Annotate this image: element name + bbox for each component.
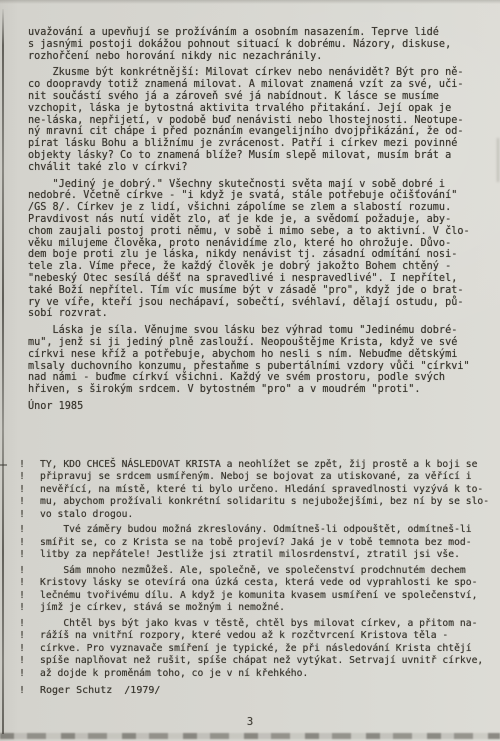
signature: Roger Schutz /1979/ (40, 685, 160, 698)
quote-text-line: až dojde k proměnám toho, co je v ní kře… (40, 668, 308, 681)
quote-text-line: lečnému tvořivému dílu. A když je komuni… (40, 590, 477, 603)
quote-text-line: spíše naplňovat než rušit, spíše chápat … (40, 655, 483, 668)
document-content: uvažování a upevňují se prožíváním a oso… (28, 27, 493, 698)
text-line: hřiven, s širokým srdcem. V bytostném "p… (28, 384, 493, 396)
scan-bottom-edge (0, 733, 500, 739)
text-line: vzchopit, láska je bytostná aktivita trv… (28, 103, 493, 115)
quote-paragraph: ! Sám mnoho nezmůžeš. Ale, společně, ve … (28, 565, 493, 615)
quote-marker: ! (19, 618, 40, 631)
quote-line-row: !spíše naplňovat než rušit, spíše chápat… (19, 655, 493, 668)
quote-line-row: !připravuj se srdcem usmířeným. Neboj se… (19, 471, 493, 484)
text-line: ný mravní cit chápe i před poznáním evan… (28, 126, 493, 138)
scanned-typewritten-page: uvažování a upevňují se prožíváním a oso… (0, 0, 500, 741)
text-line: co doopravdy totiž znamená milovat. A mi… (28, 79, 493, 91)
text-line: mlsaly duchovního konzumu, přestaňme s p… (28, 361, 493, 373)
quote-line-row: !až dojde k proměnám toho, co je v ní kř… (19, 668, 493, 681)
quote-block: !TY, KDO CHCEŠ NÁSLEDOVAT KRISTA a neohl… (28, 459, 493, 681)
quote-marker: ! (19, 524, 40, 537)
text-line: také Boží nepřítel. Tím víc musíme být v… (28, 285, 493, 297)
page-number: 3 (0, 716, 500, 728)
text-line: /GS 8/. Církev je z lidí, všichni zápolí… (28, 202, 493, 214)
quote-line-row: !mu, abychom prožívali konkrétní solidar… (19, 496, 493, 509)
paragraph: uvažování a upevňují se prožíváním a oso… (28, 27, 493, 62)
quote-marker: ! (19, 630, 40, 643)
quote-text-line: Sám mnoho nezmůžeš. Ale, společně, ve sp… (40, 565, 466, 578)
quote-marker: ! (19, 602, 40, 615)
text-line: církvi nese kříž a potřebuje, abychom ho… (28, 349, 493, 361)
quote-line-row: ! Chtěl bys být jako kvas v těstě, chtěl… (19, 618, 493, 631)
quote-marker: ! (19, 577, 40, 590)
quote-line-row: ! Sám mnoho nezmůžeš. Ale, společně, ve … (19, 565, 493, 578)
quote-text-line: Chtěl bys být jako kvas v těstě, chtěl b… (40, 618, 477, 631)
text-line: Zkusme být konkrétnější: Milovat církev … (28, 67, 493, 79)
text-line: "Jediný je dobrý." Všechny skutečnosti s… (28, 179, 493, 191)
quote-line-row: !jímž je církev, stává se možným i nemož… (19, 602, 493, 615)
quote-text-line: mu, abychom prožívali konkrétní solidari… (40, 496, 489, 509)
text-line: ry ve víře, kteří jsou nechápaví, sobečt… (28, 297, 493, 309)
text-line: věku milujeme člověka, proto nenávidíme … (28, 238, 493, 250)
quote-text-line: vo stalo drogou. (40, 509, 133, 522)
quote-marker: ! (19, 471, 40, 484)
quote-marker: ! (19, 459, 40, 472)
quote-line-row: !církve. Pro vyznavače smíření je typick… (19, 643, 493, 656)
quote-line-row: !vo stalo drogou. (19, 509, 493, 522)
text-line: ne-láska, nepřijetí, v podobě buď nenávi… (28, 115, 493, 127)
quote-marker: ! (19, 565, 40, 578)
text-line: mu", jenž si ji jediný plně zaslouží. Ne… (28, 337, 493, 349)
text-line: Pravdivost nás nutí vidět zlo, ať je kde… (28, 214, 493, 226)
quote-marker: ! (19, 549, 40, 562)
scan-smudge-right (497, 138, 499, 182)
text-line: s jasnými postoji dokážou pohnout situac… (28, 39, 493, 51)
text-line: pírat lásku Bohu a bližnímu je zvrácenos… (28, 138, 493, 150)
quote-marker: ! (19, 668, 40, 681)
date-line: Únor 1985 (28, 401, 493, 413)
quote-text-line: TY, KDO CHCEŠ NÁSLEDOVAT KRISTA a neohlí… (40, 459, 477, 472)
paragraph: "Jediný je dobrý." Všechny skutečnosti s… (28, 179, 493, 321)
quote-text-line: připravuj se srdcem usmířeným. Neboj se … (40, 471, 472, 484)
text-line: nedobré. Včetně církve - "i když je svat… (28, 190, 493, 202)
quote-text-line: jímž je církev, stává se možným i nemožn… (40, 602, 285, 615)
quote-line-row: !litby za nepřátele! Jestliže jsi ztrati… (19, 549, 493, 562)
text-line: tele zla. Víme přece, že každý člověk je… (28, 261, 493, 273)
quote-text-line: smířit se, co z Krista se na tobě projev… (40, 537, 472, 550)
quote-line-row: ! Tvé záměry budou možná zkreslovány. Od… (19, 524, 493, 537)
quote-line-row: !Kristovy lásky se otevírá ona úzká cest… (19, 577, 493, 590)
text-line: rozhořčení nebo horování nikdy nic nezac… (28, 51, 493, 63)
text-line: nit součástí svého já a zároveň své já n… (28, 91, 493, 103)
quote-text-line: Kristovy lásky se otevírá ona úzká cesta… (40, 577, 477, 590)
quote-line-row: !nevěřící, na místě, které ti bylo určen… (19, 484, 493, 497)
quote-marker: ! (19, 643, 40, 656)
text-line: objekty lásky? Co to znamená blíže? Musí… (28, 150, 493, 162)
quote-text-line: nevěřící, na místě, které ti bylo určeno… (40, 484, 483, 497)
quote-marker: ! (19, 655, 40, 668)
quote-line-row: !TY, KDO CHCEŠ NÁSLEDOVAT KRISTA a neohl… (19, 459, 493, 472)
text-line: uvažování a upevňují se prožíváním a oso… (28, 27, 493, 39)
quote-text-line: rážíš na vnitřní rozpory, které vedou až… (40, 630, 448, 643)
quote-marker: ! (19, 509, 40, 522)
quote-marker: ! (19, 496, 40, 509)
main-text-block: uvažování a upevňují se prožíváním a oso… (28, 27, 493, 396)
quote-paragraph: !TY, KDO CHCEŠ NÁSLEDOVAT KRISTA a neohl… (28, 459, 493, 522)
quote-paragraph: ! Chtěl bys být jako kvas v těstě, chtěl… (28, 618, 493, 681)
text-line: "nebeský Otec sesílá déšť na spravedlivé… (28, 273, 493, 285)
scan-smudge-left (0, 464, 7, 466)
quote-text-line: Tvé záměry budou možná zkreslovány. Odmí… (40, 524, 472, 537)
quote-text-line: litby za nepřátele! Jestliže jsi ztratil… (40, 549, 460, 562)
scan-left-edge-line (2, 9, 4, 734)
text-line: dem boje proti zlu je láska, nikdy nenáv… (28, 249, 493, 261)
text-line: sobí rozvrat. (28, 308, 493, 320)
text-line: chválit také zlo v církvi? (28, 162, 493, 174)
quote-paragraph: ! Tvé záměry budou možná zkreslovány. Od… (28, 524, 493, 562)
text-line: Láska je síla. Věnujme svou lásku bez vý… (28, 325, 493, 337)
quote-line-row: !smířit se, co z Krista se na tobě proje… (19, 537, 493, 550)
quote-marker: ! (19, 537, 40, 550)
paragraph: Zkusme být konkrétnější: Milovat církev … (28, 67, 493, 173)
quote-marker: ! (19, 685, 40, 698)
text-line: chom zaujali postoj proti němu, v sobě i… (28, 226, 493, 238)
quote-marker: ! (19, 590, 40, 603)
quote-text-line: církve. Pro vyznavače smíření je typické… (40, 643, 472, 656)
signature-row: ! Roger Schutz /1979/ (19, 685, 493, 698)
text-line: nad námi - buďme církví všichni. Každý v… (28, 372, 493, 384)
quote-line-row: !rážíš na vnitřní rozpory, které vedou a… (19, 630, 493, 643)
quote-marker: ! (19, 484, 40, 497)
paragraph: Láska je síla. Věnujme svou lásku bez vý… (28, 325, 493, 396)
quote-line-row: !lečnému tvořivému dílu. A když je komun… (19, 590, 493, 603)
